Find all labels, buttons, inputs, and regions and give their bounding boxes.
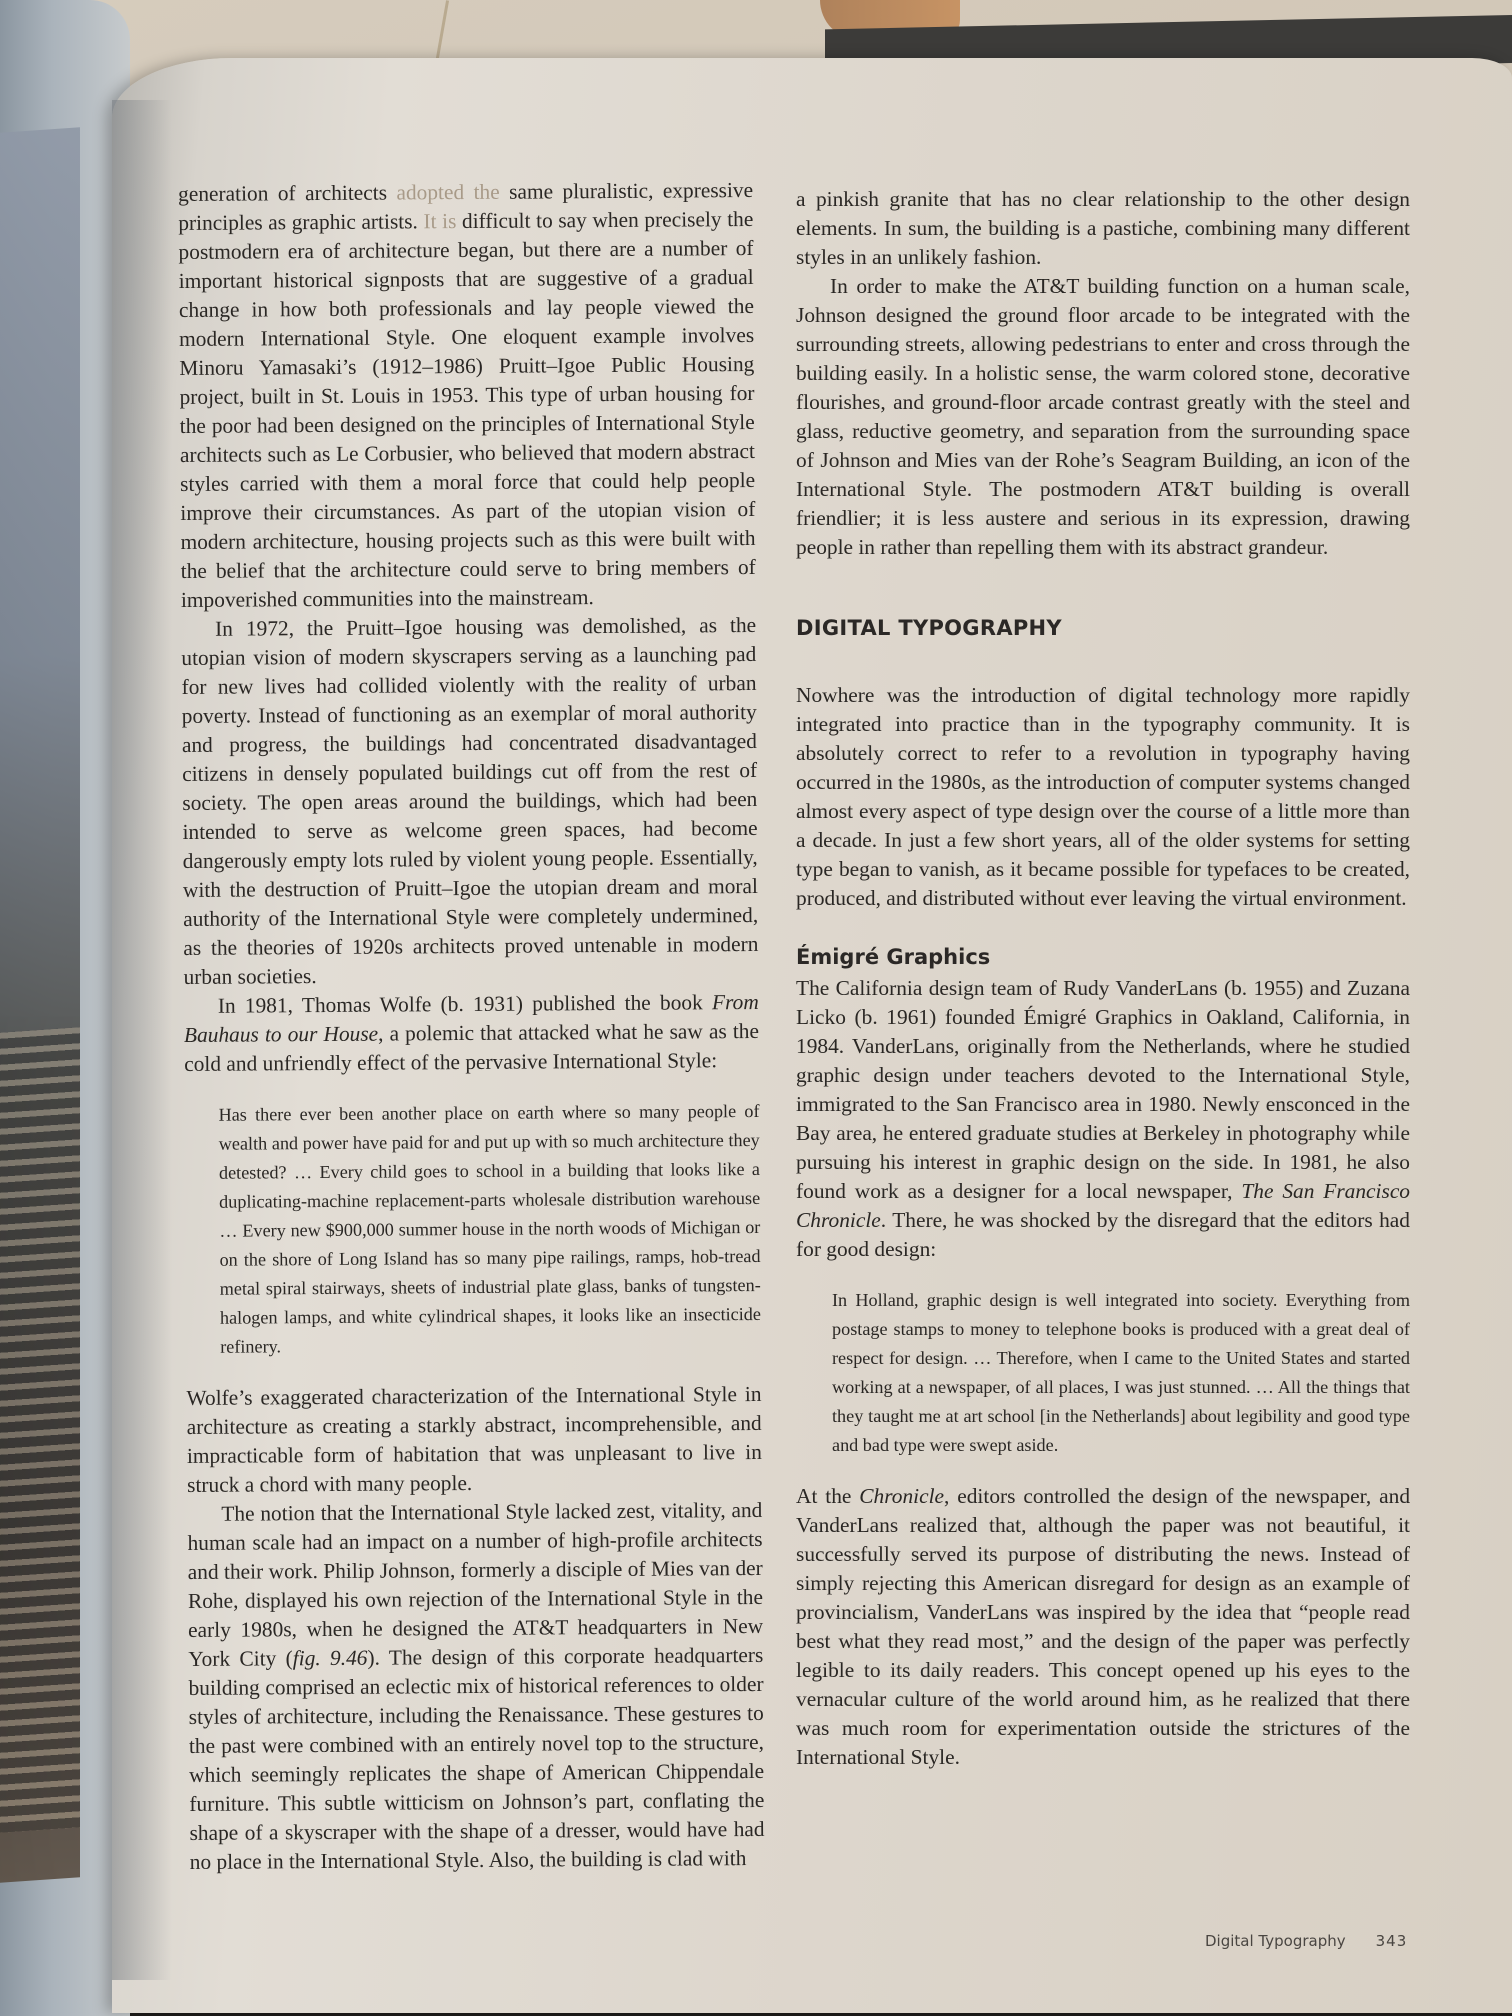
paragraph: The notion that the International Style … (187, 1496, 765, 1877)
subsection-heading: Émigré Graphics (796, 943, 1410, 972)
paragraph: At the Chronicle, editors controlled the… (796, 1482, 1410, 1772)
skyscraper-photo (0, 127, 80, 1883)
newspaper-title: Chronicle (859, 1484, 944, 1508)
building-facade (0, 1027, 80, 1833)
running-head: Digital Typography (1205, 1932, 1346, 1950)
paragraph: Nowhere was the introduction of digital … (796, 681, 1410, 913)
paragraph: generation of architects adopted the sam… (178, 176, 756, 615)
facing-left-page (0, 0, 130, 2016)
right-text-column: a pinkish granite that has no clear rela… (796, 185, 1410, 1772)
page-number: 343 (1376, 1932, 1408, 1950)
paragraph: In 1972, the Pruitt–Igoe housing was dem… (181, 611, 759, 992)
left-text-column: generation of architects adopted the sam… (178, 176, 765, 1877)
paragraph: a pinkish granite that has no clear rela… (796, 185, 1410, 272)
block-quote: In Holland, graphic design is well integ… (832, 1286, 1410, 1460)
section-heading: DIGITAL TYPOGRAPHY (796, 614, 1410, 643)
page-footer: Digital Typography343 (1205, 1932, 1407, 1950)
block-quote: Has there ever been another place on ear… (218, 1097, 761, 1362)
paragraph: The California design team of Rudy Vande… (796, 974, 1410, 1264)
figure-reference: fig. 9.46 (293, 1646, 368, 1671)
paragraph: Wolfe’s exaggerated characterization of … (186, 1380, 762, 1500)
paragraph: In 1981, Thomas Wolfe (b. 1931) publishe… (184, 988, 760, 1079)
paragraph: In order to make the AT&T building funct… (796, 272, 1410, 562)
